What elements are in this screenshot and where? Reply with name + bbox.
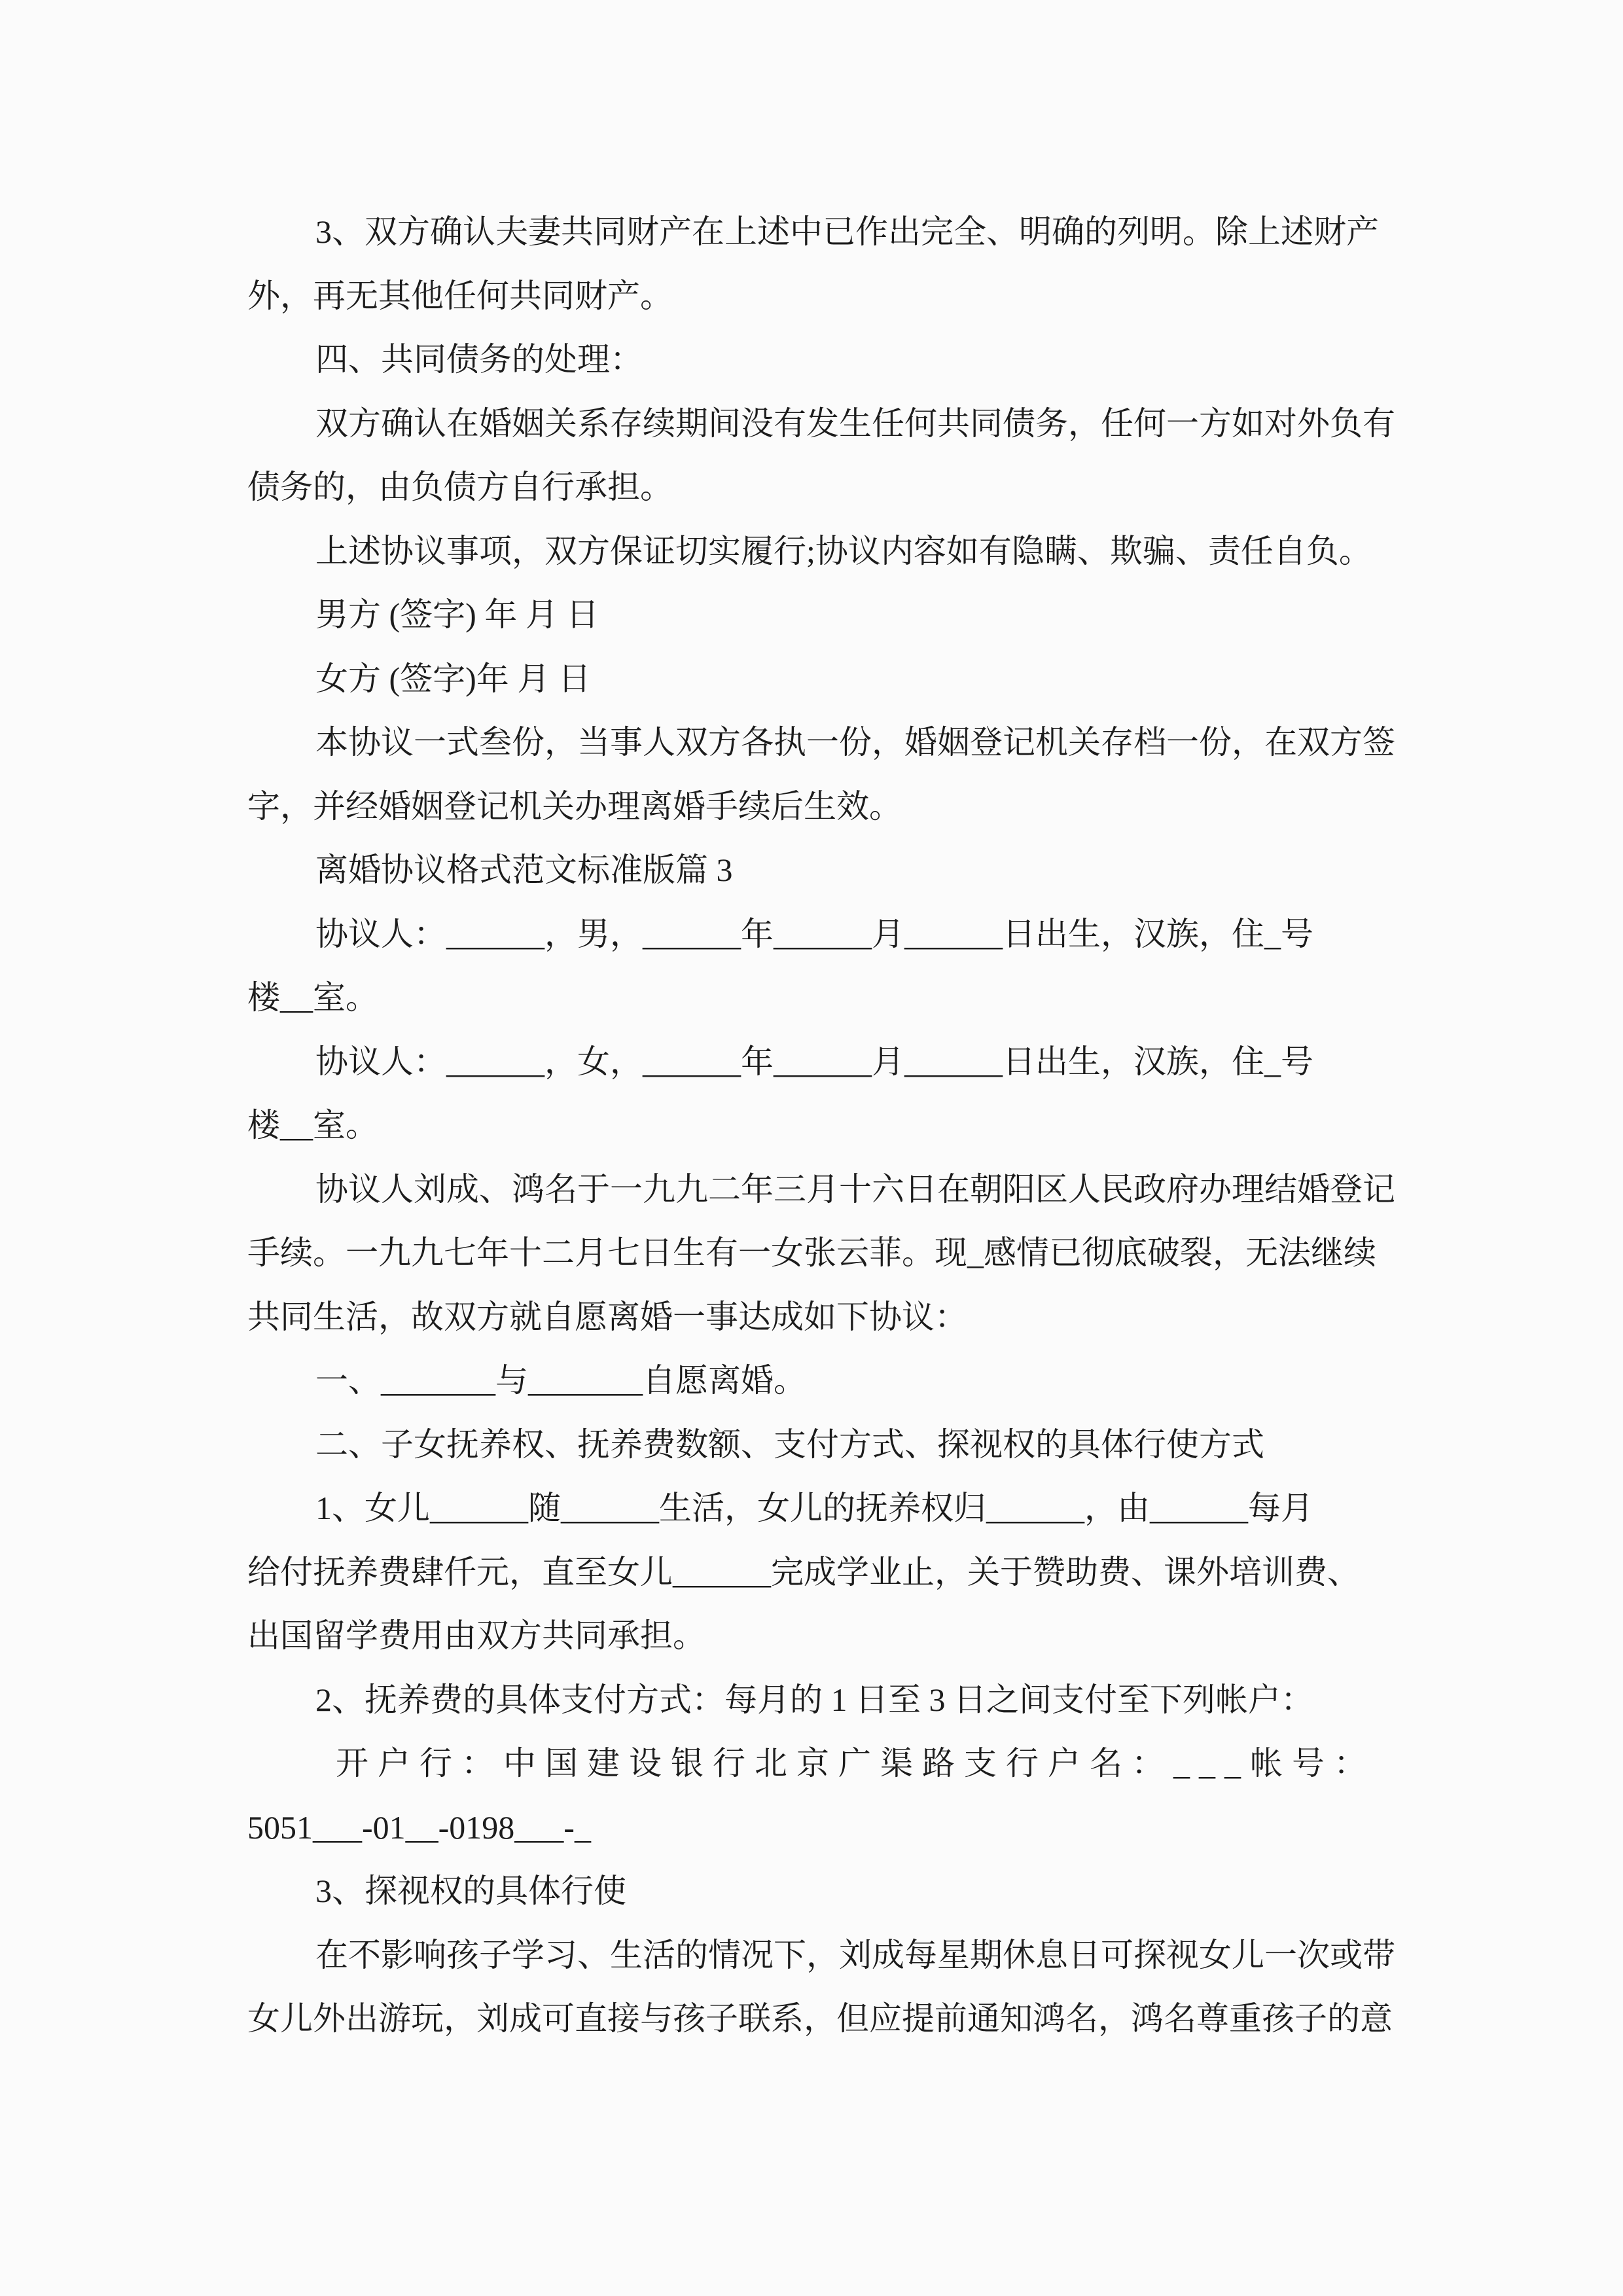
document-line: 协议人刘成、鸿名于一九九二年三月十六日在朝阳区人民政府办理结婚登记	[247, 1158, 1386, 1222]
document-line: 楼__室。	[247, 966, 1386, 1030]
document-line: 手续。一九九七年十二月七日生有一女张云菲。现_感情已彻底破裂，无法继续	[247, 1221, 1386, 1285]
document-line: 给付抚养费肆仟元，直至女儿______完成学业止，关于赞助费、课外培训费、	[247, 1541, 1386, 1605]
document-line: 债务的，由负债方自行承担。	[247, 456, 1386, 520]
document-body: 3、双方确认夫妻共同财产在上述中已作出完全、明确的列明。除上述财产外，再无其他任…	[247, 200, 1386, 2051]
document-line: 本协议一式叁份，当事人双方各执一份，婚姻登记机关存档一份，在双方签	[247, 711, 1386, 775]
document-line: 女方 (签字)年 月 日	[247, 647, 1386, 711]
document-line: 男方 (签字) 年 月 日	[247, 583, 1386, 647]
document-line: 3、探视权的具体行使	[247, 1859, 1386, 1924]
document-line: 楼__室。	[247, 1094, 1386, 1158]
document-line: 共同生活，故双方就自愿离婚一事达成如下协议：	[247, 1285, 1386, 1350]
document-line: 离婚协议格式范文标准版篇 3	[247, 838, 1386, 903]
document-line: 开户行：中国建设银行北京广渠路支行户名：___帐号：	[247, 1732, 1386, 1796]
document-line: 双方确认在婚姻关系存续期间没有发生任何共同债务，任何一方如对外负有	[247, 392, 1386, 456]
document-line: 二、子女抚养权、抚养费数额、支付方式、探视权的具体行使方式	[247, 1413, 1386, 1477]
document-line: 1、女儿______随______生活，女儿的抚养权归______，由_____…	[247, 1477, 1386, 1541]
document-line: 出国留学费用由双方共同承担。	[247, 1604, 1386, 1668]
document-line: 协议人：______，男，______年______月______日出生，汉族，…	[247, 903, 1386, 967]
document-page: 3、双方确认夫妻共同财产在上述中已作出完全、明确的列明。除上述财产外，再无其他任…	[0, 0, 1623, 2296]
document-line: 上述协议事项，双方保证切实履行;协议内容如有隐瞒、欺骗、责任自负。	[247, 520, 1386, 584]
document-line: 字，并经婚姻登记机关办理离婚手续后生效。	[247, 775, 1386, 839]
document-line: 3、双方确认夫妻共同财产在上述中已作出完全、明确的列明。除上述财产	[247, 200, 1386, 264]
document-line: 女儿外出游玩，刘成可直接与孩子联系，但应提前通知鸿名，鸿名尊重孩子的意	[247, 1987, 1386, 2051]
document-line: 四、共同债务的处理：	[247, 328, 1386, 392]
document-line: 5051___-01__-0198___-_	[247, 1796, 1386, 1860]
document-line: 2、抚养费的具体支付方式：每月的 1 日至 3 日之间支付至下列帐户：	[247, 1668, 1386, 1732]
document-line: 外，再无其他任何共同财产。	[247, 264, 1386, 329]
document-line: 协议人：______，女，______年______月______日出生，汉族，…	[247, 1030, 1386, 1094]
document-line: 在不影响孩子学习、生活的情况下，刘成每星期休息日可探视女儿一次或带	[247, 1924, 1386, 1988]
document-line: 一、_______与_______自愿离婚。	[247, 1349, 1386, 1413]
